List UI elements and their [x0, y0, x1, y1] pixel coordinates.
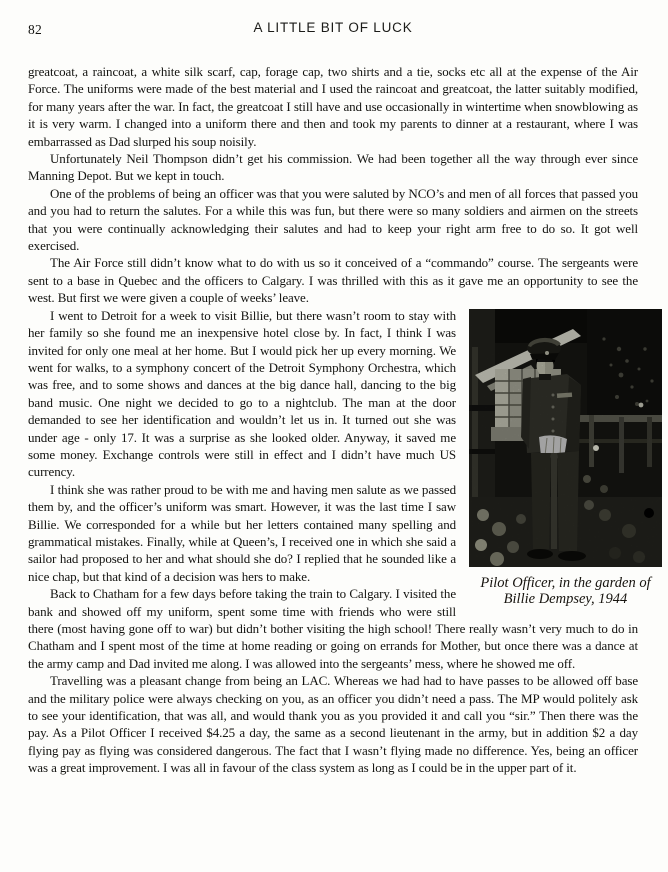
book-title: A LITTLE BIT OF LUCK — [28, 20, 638, 35]
paragraph-text: One of the problems of being an officer … — [28, 186, 638, 253]
paragraph: One of the problems of being an officer … — [28, 185, 638, 255]
book-page: 82 A LITTLE BIT OF LUCK greatcoat, a rai… — [0, 0, 668, 777]
running-head: 82 A LITTLE BIT OF LUCK — [28, 20, 638, 38]
inset-figure: Pilot Officer, in the garden of Billie D… — [469, 309, 662, 608]
portrait-photo — [469, 309, 662, 567]
page-number: 82 — [28, 22, 42, 38]
paragraph-text: The Air Force still didn’t know what to … — [28, 255, 638, 305]
paragraph-text: greatcoat, a raincoat, a white silk scar… — [28, 64, 638, 149]
paragraph: The Air Force still didn’t know what to … — [28, 254, 638, 306]
paragraph-text: Travelling was a pleasant change from be… — [28, 673, 638, 775]
photo-caption: Pilot Officer, in the garden of Billie D… — [469, 575, 662, 608]
paragraph: Unfortunately Neil Thompson didn’t get h… — [28, 150, 638, 185]
photo-grain — [469, 309, 662, 567]
paragraph-text: Unfortunately Neil Thompson didn’t get h… — [28, 151, 638, 183]
paragraph: greatcoat, a raincoat, a white silk scar… — [28, 63, 638, 150]
paragraph: Travelling was a pleasant change from be… — [28, 672, 638, 776]
paragraph-with-figure: Pilot Officer, in the garden of Billie D… — [28, 307, 638, 481]
paragraph-text: I think she was rather proud to be with … — [28, 482, 456, 584]
paragraph-text: I went to Detroit for a week to visit Bi… — [28, 308, 456, 480]
body-text: greatcoat, a raincoat, a white silk scar… — [28, 63, 638, 777]
